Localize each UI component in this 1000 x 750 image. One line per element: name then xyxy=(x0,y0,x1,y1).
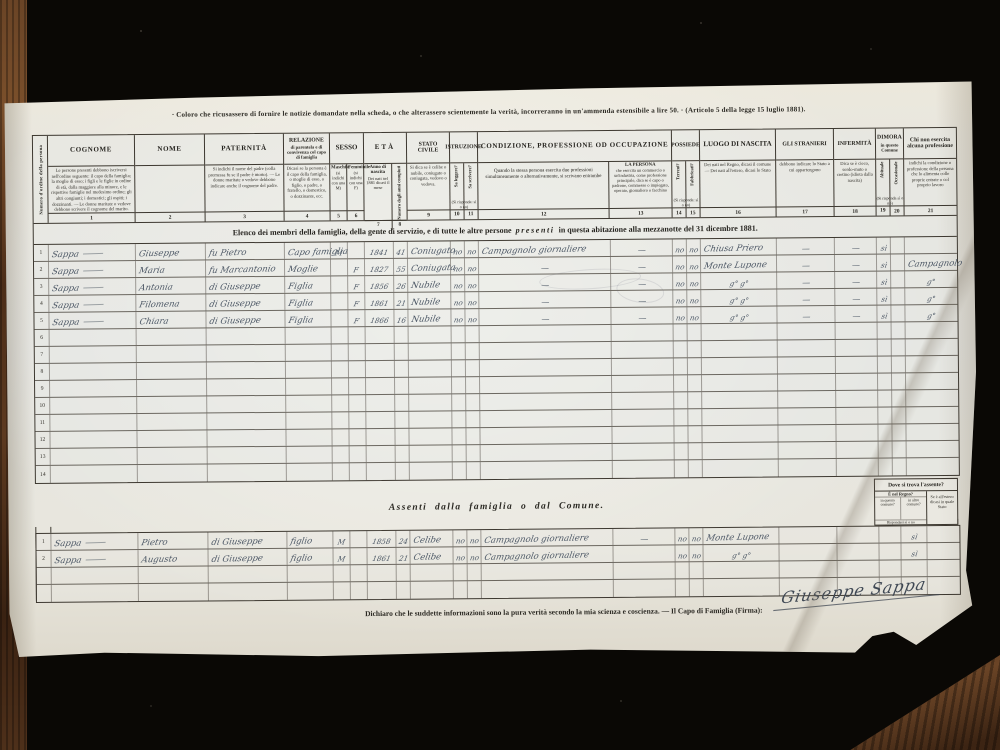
table-cell: g° g° xyxy=(701,289,777,306)
table-cell xyxy=(906,424,958,440)
table-cell: Sappa xyxy=(49,278,136,295)
table-cell xyxy=(138,464,208,482)
table-cell xyxy=(704,578,780,596)
table-cell xyxy=(907,458,959,475)
col-cognome-note: Le persone presenti debbono iscriversi n… xyxy=(48,165,134,213)
table-cell xyxy=(137,379,207,396)
table-cell xyxy=(349,429,366,445)
table-cell xyxy=(51,448,138,465)
table-cell xyxy=(837,442,879,458)
table-cell: no xyxy=(465,292,479,308)
table-cell: 3 xyxy=(34,279,49,295)
table-cell xyxy=(893,441,907,457)
table-cell xyxy=(349,327,366,343)
table-cell xyxy=(350,531,367,547)
table-cell: g° g° xyxy=(701,272,777,289)
col-relazione-title: RELAZIONE xyxy=(289,137,324,144)
table-cell xyxy=(674,324,688,340)
col-nome-number: 2 xyxy=(136,211,205,222)
col-nome-title: NOME xyxy=(157,146,181,154)
table-cell xyxy=(838,561,880,577)
table-cell xyxy=(675,460,689,477)
table-body-present: 1SappaGiuseppefu PietroCapo famigliaM184… xyxy=(34,237,959,483)
col-istruzione-footnote: (Si risponda: sì o no) xyxy=(450,201,477,210)
table-cell xyxy=(906,356,958,372)
table-cell xyxy=(366,344,395,360)
table-cell xyxy=(612,375,674,392)
table-cell xyxy=(350,446,367,462)
col-anni-compiuti: Numero degli anni compiuti 8 xyxy=(392,164,406,230)
table-cell: 1866 xyxy=(365,310,394,326)
col-sesso: SESSO Maschile (si indichi con una M) 5 … xyxy=(330,133,365,220)
table-cell xyxy=(332,412,349,428)
table-cell xyxy=(409,411,452,427)
table-cell xyxy=(395,395,409,411)
table-cell: no xyxy=(687,239,701,255)
table-cell xyxy=(466,343,480,359)
table-cell xyxy=(778,425,836,442)
table-cell: no xyxy=(687,256,701,272)
table-cell xyxy=(207,430,286,447)
table-cell: no xyxy=(673,239,687,255)
table-cell xyxy=(836,357,878,373)
table-cell xyxy=(466,326,480,342)
table-cell xyxy=(878,407,892,423)
col-possiede-footnote: (Si risponda: sì o no) xyxy=(672,199,699,208)
table-cell xyxy=(836,408,878,424)
col-possiede: POSSIEDE Terreni? 14 Fabbricati? 15 (Si … xyxy=(672,130,701,217)
table-cell xyxy=(366,378,395,394)
table-cell: no xyxy=(689,545,703,561)
table-cell xyxy=(466,428,480,444)
table-header: Numero d'ordine della persona COGNOME Le… xyxy=(33,128,957,224)
table-cell xyxy=(286,344,332,360)
table-cell xyxy=(395,378,409,394)
table-cell xyxy=(836,425,878,441)
table-cell xyxy=(891,271,905,287)
table-cell xyxy=(349,395,366,411)
col-cognome-number: 1 xyxy=(49,212,135,223)
col-eta-title: ETÀ xyxy=(375,144,395,152)
table-cell xyxy=(613,460,675,478)
table-cell xyxy=(395,327,409,343)
table-cell: Chiusa Priero xyxy=(701,239,777,256)
table-cell xyxy=(409,360,452,376)
table-cell xyxy=(208,447,287,464)
table-cell xyxy=(878,374,892,390)
table-cell xyxy=(409,326,452,342)
table-cell: Sappa xyxy=(49,244,136,261)
table-cell: 1861 xyxy=(365,293,394,309)
table-cell: Antonia xyxy=(136,277,206,294)
col-luogo-note: Dei nati nel Regno, dicasi il comune — D… xyxy=(700,160,775,208)
table-cell: g° xyxy=(905,271,957,287)
absent-box-footnote: Rispondasi sì o no xyxy=(875,519,926,524)
table-cell xyxy=(452,326,466,342)
table-cell xyxy=(366,327,395,343)
col-possiede-title: POSSIEDE xyxy=(671,142,700,149)
warning-line: · Coloro che ricusassero di fornire le n… xyxy=(3,104,975,120)
table-cell: no xyxy=(451,292,465,308)
col-stato-civile: STATO CIVILE Si dica se è celibe o nubil… xyxy=(407,132,451,219)
table-cell: Figlia xyxy=(285,276,331,292)
table-cell xyxy=(779,527,837,544)
table-cell: Nubile xyxy=(408,292,451,308)
table-cell xyxy=(702,357,778,374)
col-dimora-title: DIMORA xyxy=(877,135,902,142)
table-cell: 10 xyxy=(35,398,50,414)
table-cell xyxy=(37,568,52,584)
col-paternita-number: 3 xyxy=(206,211,284,222)
table-cell xyxy=(878,340,892,356)
table-cell xyxy=(836,340,878,356)
table-cell: fu Pietro xyxy=(206,243,285,260)
table-cell xyxy=(452,360,466,376)
table-cell: sì xyxy=(877,255,891,271)
table-cell xyxy=(395,344,409,360)
table-cell xyxy=(879,441,893,457)
table-cell xyxy=(452,343,466,359)
table-cell xyxy=(702,408,778,425)
absent-box-questo-comune: in questo comune? xyxy=(875,497,901,519)
table-cell xyxy=(139,566,209,583)
table-cell xyxy=(879,458,893,475)
table-cell xyxy=(892,322,906,338)
absent-box-estero: Se è all'estero dicasi in quale Stato xyxy=(927,491,957,524)
table-cell: Figlia xyxy=(285,293,331,309)
table-cell xyxy=(892,373,906,389)
table-cell: no xyxy=(675,545,689,561)
table-cell xyxy=(454,581,468,598)
table-cell: 1827 xyxy=(365,259,394,275)
table-cell: Chiara xyxy=(136,311,206,328)
table-cell: no xyxy=(451,275,465,291)
col-nome-note xyxy=(135,164,204,212)
col-sesso-title: SESSO xyxy=(336,144,358,152)
table-cell xyxy=(612,341,674,358)
table-cell xyxy=(349,361,366,377)
table-cell xyxy=(452,394,466,410)
table-cell xyxy=(395,361,409,377)
table-cell: 2 xyxy=(34,262,49,278)
col-sa-scrivere: Sa scrivere? 11 xyxy=(464,163,478,219)
table-cell xyxy=(50,397,137,414)
table-cell xyxy=(287,463,333,480)
table-cell xyxy=(410,462,453,479)
col-occasionale: Occasionale 20 xyxy=(890,159,904,215)
table-cell xyxy=(137,362,207,379)
col-relazione-note: Dicasi se la persona è il capo della fam… xyxy=(284,163,329,210)
table-cell: no xyxy=(673,256,687,272)
table-cell xyxy=(37,585,52,602)
col-stato-civile-note: Si dica se è celibe o nubile, coniugato … xyxy=(407,162,449,209)
table-cell: 11 xyxy=(35,415,50,431)
table-cell: Figlia xyxy=(285,310,331,326)
table-cell xyxy=(481,444,613,461)
table-cell xyxy=(349,344,366,360)
table-cell xyxy=(674,375,688,391)
table-cell xyxy=(50,346,137,363)
table-cell: — xyxy=(835,238,877,254)
table-cell: sì xyxy=(901,526,927,542)
table-cell xyxy=(468,564,482,580)
col-due-professioni: Quando la stessa persona esercita due pr… xyxy=(478,162,610,219)
table-cell xyxy=(702,425,778,442)
table-cell: 55 xyxy=(394,259,408,275)
table-cell xyxy=(351,582,368,599)
table-cell: no xyxy=(465,241,479,257)
table-cell: 1861 xyxy=(367,548,396,564)
table-cell xyxy=(906,339,958,355)
table-cell: — xyxy=(835,255,877,271)
table-cell xyxy=(690,562,704,578)
table-cell xyxy=(778,357,836,374)
table-cell xyxy=(137,430,207,447)
col-condizione-title: CONDIZIONE, PROFESSIONE OD OCCUPAZIONE xyxy=(481,142,669,151)
table-cell: di Giuseppe xyxy=(206,294,285,311)
table-cell xyxy=(288,582,334,599)
table-cell: Sappa xyxy=(51,533,138,550)
table-cell: F xyxy=(348,259,365,275)
col-sesso-maschile: Maschile (si indichi con una M) 5 xyxy=(330,164,347,220)
table-cell xyxy=(207,379,286,396)
table-cell xyxy=(878,357,892,373)
table-cell: di Giuseppe xyxy=(206,311,285,328)
col-dimora-subtitle: in questo Comune xyxy=(877,142,902,152)
table-cell: Celibe xyxy=(410,547,453,563)
table-cell xyxy=(331,293,348,309)
list-title-emphasis: presenti xyxy=(516,225,555,234)
table-cell xyxy=(351,565,368,581)
table-cell xyxy=(333,446,350,462)
table-cell: 8 xyxy=(35,364,50,380)
table-cell xyxy=(906,373,958,389)
table-cell xyxy=(348,242,365,258)
table-cell xyxy=(891,305,905,321)
table-cell: no xyxy=(465,275,479,291)
table-cell xyxy=(676,562,690,578)
table-cell: 5 xyxy=(34,313,49,329)
table-cell xyxy=(836,374,878,390)
table-cell xyxy=(137,413,207,430)
table-cell xyxy=(892,390,906,406)
table-cell xyxy=(688,409,702,425)
table-cell: Campagnolo giornaliere xyxy=(481,546,613,563)
table-cell: F xyxy=(348,276,365,292)
table-cell xyxy=(366,412,395,428)
col-terreni: Terreni? 14 xyxy=(672,161,686,217)
table-cell: 1841 xyxy=(365,242,394,258)
table-cell xyxy=(467,445,481,461)
table-cell xyxy=(778,408,836,425)
table-cell xyxy=(688,358,702,374)
wood-table-corner xyxy=(830,655,1000,750)
table-cell xyxy=(286,429,332,445)
table-cell xyxy=(689,443,703,459)
table-cell xyxy=(137,328,207,345)
table-cell xyxy=(137,396,207,413)
table-cell xyxy=(397,565,411,581)
table-cell xyxy=(207,328,286,345)
table-cell: 16 xyxy=(394,310,408,326)
col-infermita-title: INFERMITÀ xyxy=(838,140,872,147)
col-paternita: PATERNITÀ Si indichi il nome del padre (… xyxy=(205,134,285,222)
table-cell xyxy=(906,390,958,406)
table-cell xyxy=(332,395,349,411)
table-cell: 21 xyxy=(394,293,408,309)
table-cell xyxy=(286,412,332,428)
table-cell: no xyxy=(465,309,479,325)
col-paternita-note: Si indichi il nome del padre (colla prem… xyxy=(205,164,283,212)
table-cell xyxy=(350,548,367,564)
table-cell xyxy=(674,341,688,357)
table-cell xyxy=(332,344,349,360)
table-cell: 41 xyxy=(394,242,408,258)
table-cell xyxy=(690,579,704,596)
table-cell: no xyxy=(453,547,467,563)
table-cell xyxy=(331,259,348,275)
table-cell xyxy=(689,460,703,477)
table-cell xyxy=(674,426,688,442)
table-cell xyxy=(50,363,137,380)
table-cell xyxy=(409,394,452,410)
col-stranieri-title: GLI STRANIERI xyxy=(782,141,826,148)
table-cell xyxy=(878,424,892,440)
photo-scene: · Coloro che ricusassero di fornire le n… xyxy=(0,0,1000,750)
table-cell xyxy=(907,441,959,457)
table-cell xyxy=(614,562,676,579)
table-cell: 12 xyxy=(35,432,50,448)
table-cell xyxy=(837,544,879,560)
table-cell: M xyxy=(333,531,350,547)
col-la-persona: LA PERSONA che esercita un commercio o u… xyxy=(609,161,671,218)
col-numero-ordine-label: Numero d'ordine della persona xyxy=(37,145,43,215)
table-cell xyxy=(207,345,286,362)
list-title-b: in questa abitazione alla mezzanotte del… xyxy=(559,223,758,234)
table-cell: no xyxy=(687,307,701,323)
table-cell xyxy=(613,545,675,562)
table-cell: 26 xyxy=(394,276,408,292)
table-cell xyxy=(675,443,689,459)
col-cognome: COGNOME Le persone presenti debbono iscr… xyxy=(48,135,136,223)
col-relazione-number: 4 xyxy=(285,210,330,220)
col-infermita-number: 18 xyxy=(835,206,876,216)
table-cell xyxy=(349,378,366,394)
table-cell xyxy=(50,380,137,397)
table-cell xyxy=(367,463,396,480)
table-cell xyxy=(779,442,837,459)
table-cell xyxy=(332,378,349,394)
col-dimora-footnote: (Si risponda sì o no) xyxy=(876,197,903,206)
table-cell xyxy=(209,583,288,601)
table-cell: no xyxy=(467,530,481,546)
table-cell xyxy=(286,361,332,377)
table-cell: no xyxy=(467,547,481,563)
table-cell xyxy=(905,237,957,253)
table-cell xyxy=(411,564,454,580)
col-stato-civile-title: STATO CIVILE xyxy=(408,141,448,154)
table-cell: Sappa xyxy=(49,261,136,278)
table-cell xyxy=(879,543,901,559)
table-cell xyxy=(482,580,614,598)
col-dimora: DIMORA in questo Comune Abituale 19 Occa… xyxy=(876,128,905,215)
table-cell xyxy=(837,459,879,476)
col-chi-non-esercita-number: 21 xyxy=(905,205,957,215)
table-cell xyxy=(368,565,397,581)
table-cell: 1858 xyxy=(367,531,396,547)
table-cell: figlio xyxy=(288,548,334,564)
table-cell xyxy=(480,376,612,393)
table-cell xyxy=(837,527,879,543)
table-cell: M xyxy=(333,548,350,564)
table-cell xyxy=(778,340,836,357)
table-cell xyxy=(613,443,675,460)
col-abituale: Abituale 19 xyxy=(876,160,890,216)
table-cell: Maria xyxy=(136,260,206,277)
table-cell xyxy=(207,396,286,413)
absent-box-regno: È nel Regno? in questo comune? in altro … xyxy=(875,491,927,524)
table-cell xyxy=(467,462,481,479)
table-cell xyxy=(466,360,480,376)
table-cell xyxy=(209,566,288,583)
table-cell: no xyxy=(687,273,701,289)
col-eta: ETÀ Anno di nascita Dei nati nel 1881 di… xyxy=(364,133,408,220)
table-cell xyxy=(612,426,674,443)
table-cell xyxy=(480,359,612,376)
table-cell xyxy=(409,428,452,444)
col-numero-ordine: Numero d'ordine della persona xyxy=(33,136,49,223)
table-cell: 13 xyxy=(36,449,51,465)
table-cell xyxy=(879,526,901,542)
table-cell xyxy=(409,377,452,393)
table-cell xyxy=(466,411,480,427)
col-nome: NOME 2 xyxy=(135,134,206,222)
col-istruzione-title: ISTRUZIONE xyxy=(445,144,481,151)
table-cell: — xyxy=(613,528,675,545)
table-cell xyxy=(452,411,466,427)
col-cognome-title: COGNOME xyxy=(70,146,112,154)
col-chi-non-esercita-title: Chi non esercita alcuna professione xyxy=(905,136,955,149)
absent-box-altro-comune: in altro comune? xyxy=(901,497,926,519)
table-cell: di Giuseppe xyxy=(206,277,285,294)
table-cell: Capo famiglia xyxy=(285,242,331,258)
col-stranieri: GLI STRANIERI debbono indicare lo Stato … xyxy=(776,129,835,217)
table-cell xyxy=(878,390,892,406)
table-cell xyxy=(688,341,702,357)
table-cell: no xyxy=(689,528,703,544)
table-cell xyxy=(137,345,207,362)
table-cell: no xyxy=(465,258,479,274)
table-cell xyxy=(453,462,467,479)
table-cell: figlio xyxy=(287,531,333,547)
table-cell xyxy=(481,461,613,479)
table-cell: Filomena xyxy=(136,294,206,311)
table-cell: no xyxy=(451,258,465,274)
col-infermita: INFERMITÀ Dica se è cieco, sordo-muto o … xyxy=(834,129,877,216)
table-cell xyxy=(779,544,837,561)
table-cell: Coniugato xyxy=(408,241,451,257)
col-stato-civile-number: 9 xyxy=(408,209,450,219)
table-cell xyxy=(396,463,410,480)
table-cell xyxy=(927,543,959,559)
table-cell xyxy=(892,407,906,423)
table-cell: no xyxy=(673,273,687,289)
table-cell xyxy=(612,409,674,426)
table-cell: — xyxy=(777,272,835,289)
table-cell xyxy=(892,339,906,355)
table-cell: 24 xyxy=(396,531,410,547)
table-cell: 9 xyxy=(35,381,50,397)
